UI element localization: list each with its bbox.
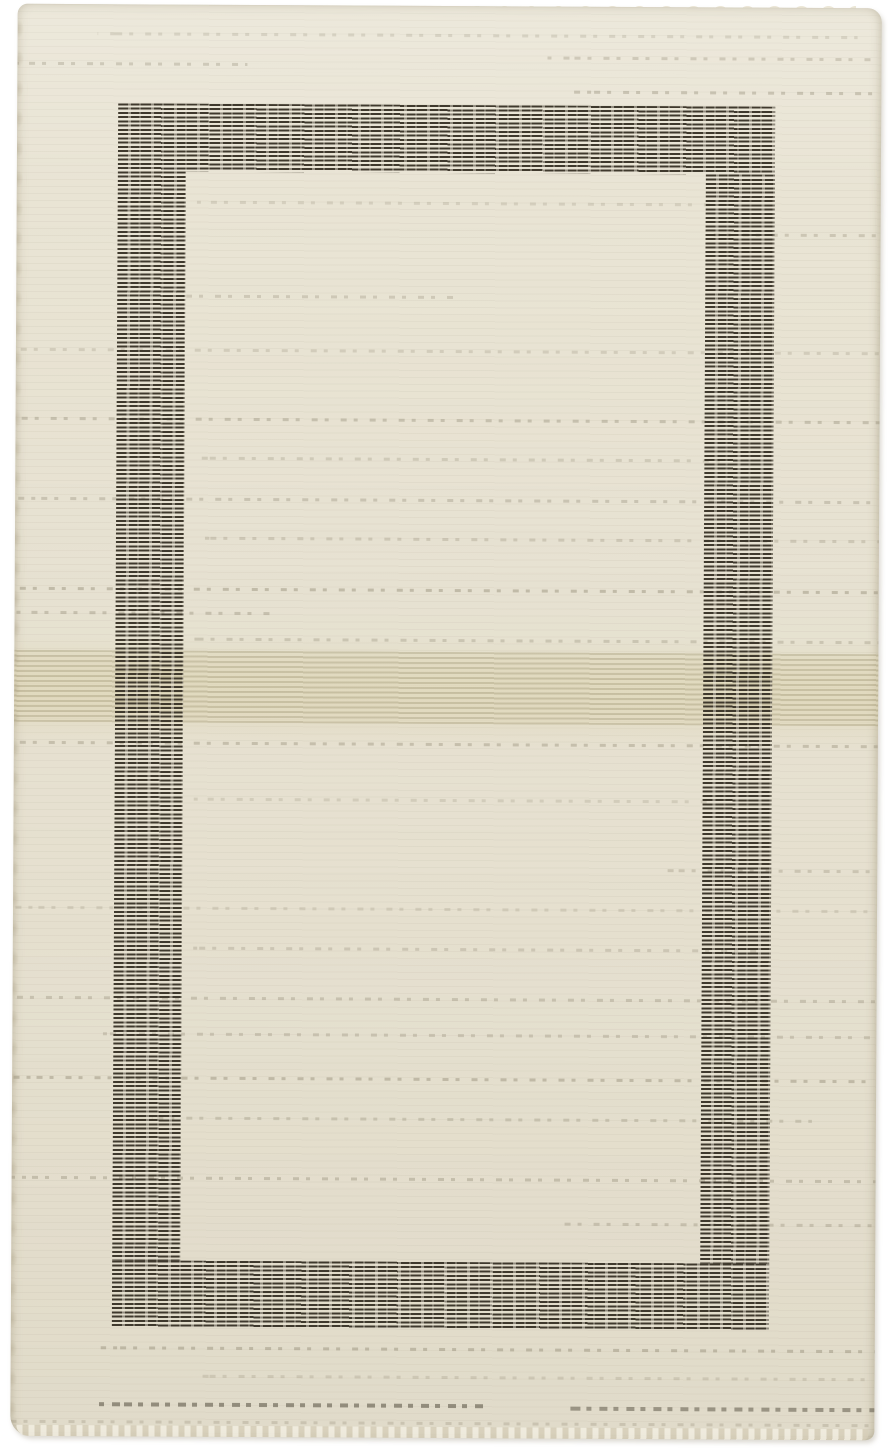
rug-photo xyxy=(0,0,888,1448)
texture-line xyxy=(98,32,858,39)
texture-line xyxy=(96,1402,486,1408)
texture-line xyxy=(101,1346,875,1353)
rug xyxy=(10,4,881,1441)
texture-line xyxy=(186,295,456,299)
texture-line xyxy=(547,57,877,62)
texture-line xyxy=(197,201,717,207)
texture-line xyxy=(567,91,877,96)
texture-line xyxy=(194,798,714,804)
pinstripe-border-left xyxy=(112,171,186,1260)
texture-line xyxy=(193,947,763,953)
pinstripe-border-bottom xyxy=(112,1260,769,1329)
pinstripe-border-top xyxy=(118,103,775,174)
texture-line xyxy=(195,457,725,463)
texture-line xyxy=(201,1375,875,1382)
texture-line xyxy=(194,638,878,645)
texture-line xyxy=(570,1407,874,1413)
texture-line xyxy=(205,537,879,544)
pinstripe-border-right xyxy=(700,174,775,1263)
texture-line xyxy=(17,62,247,66)
